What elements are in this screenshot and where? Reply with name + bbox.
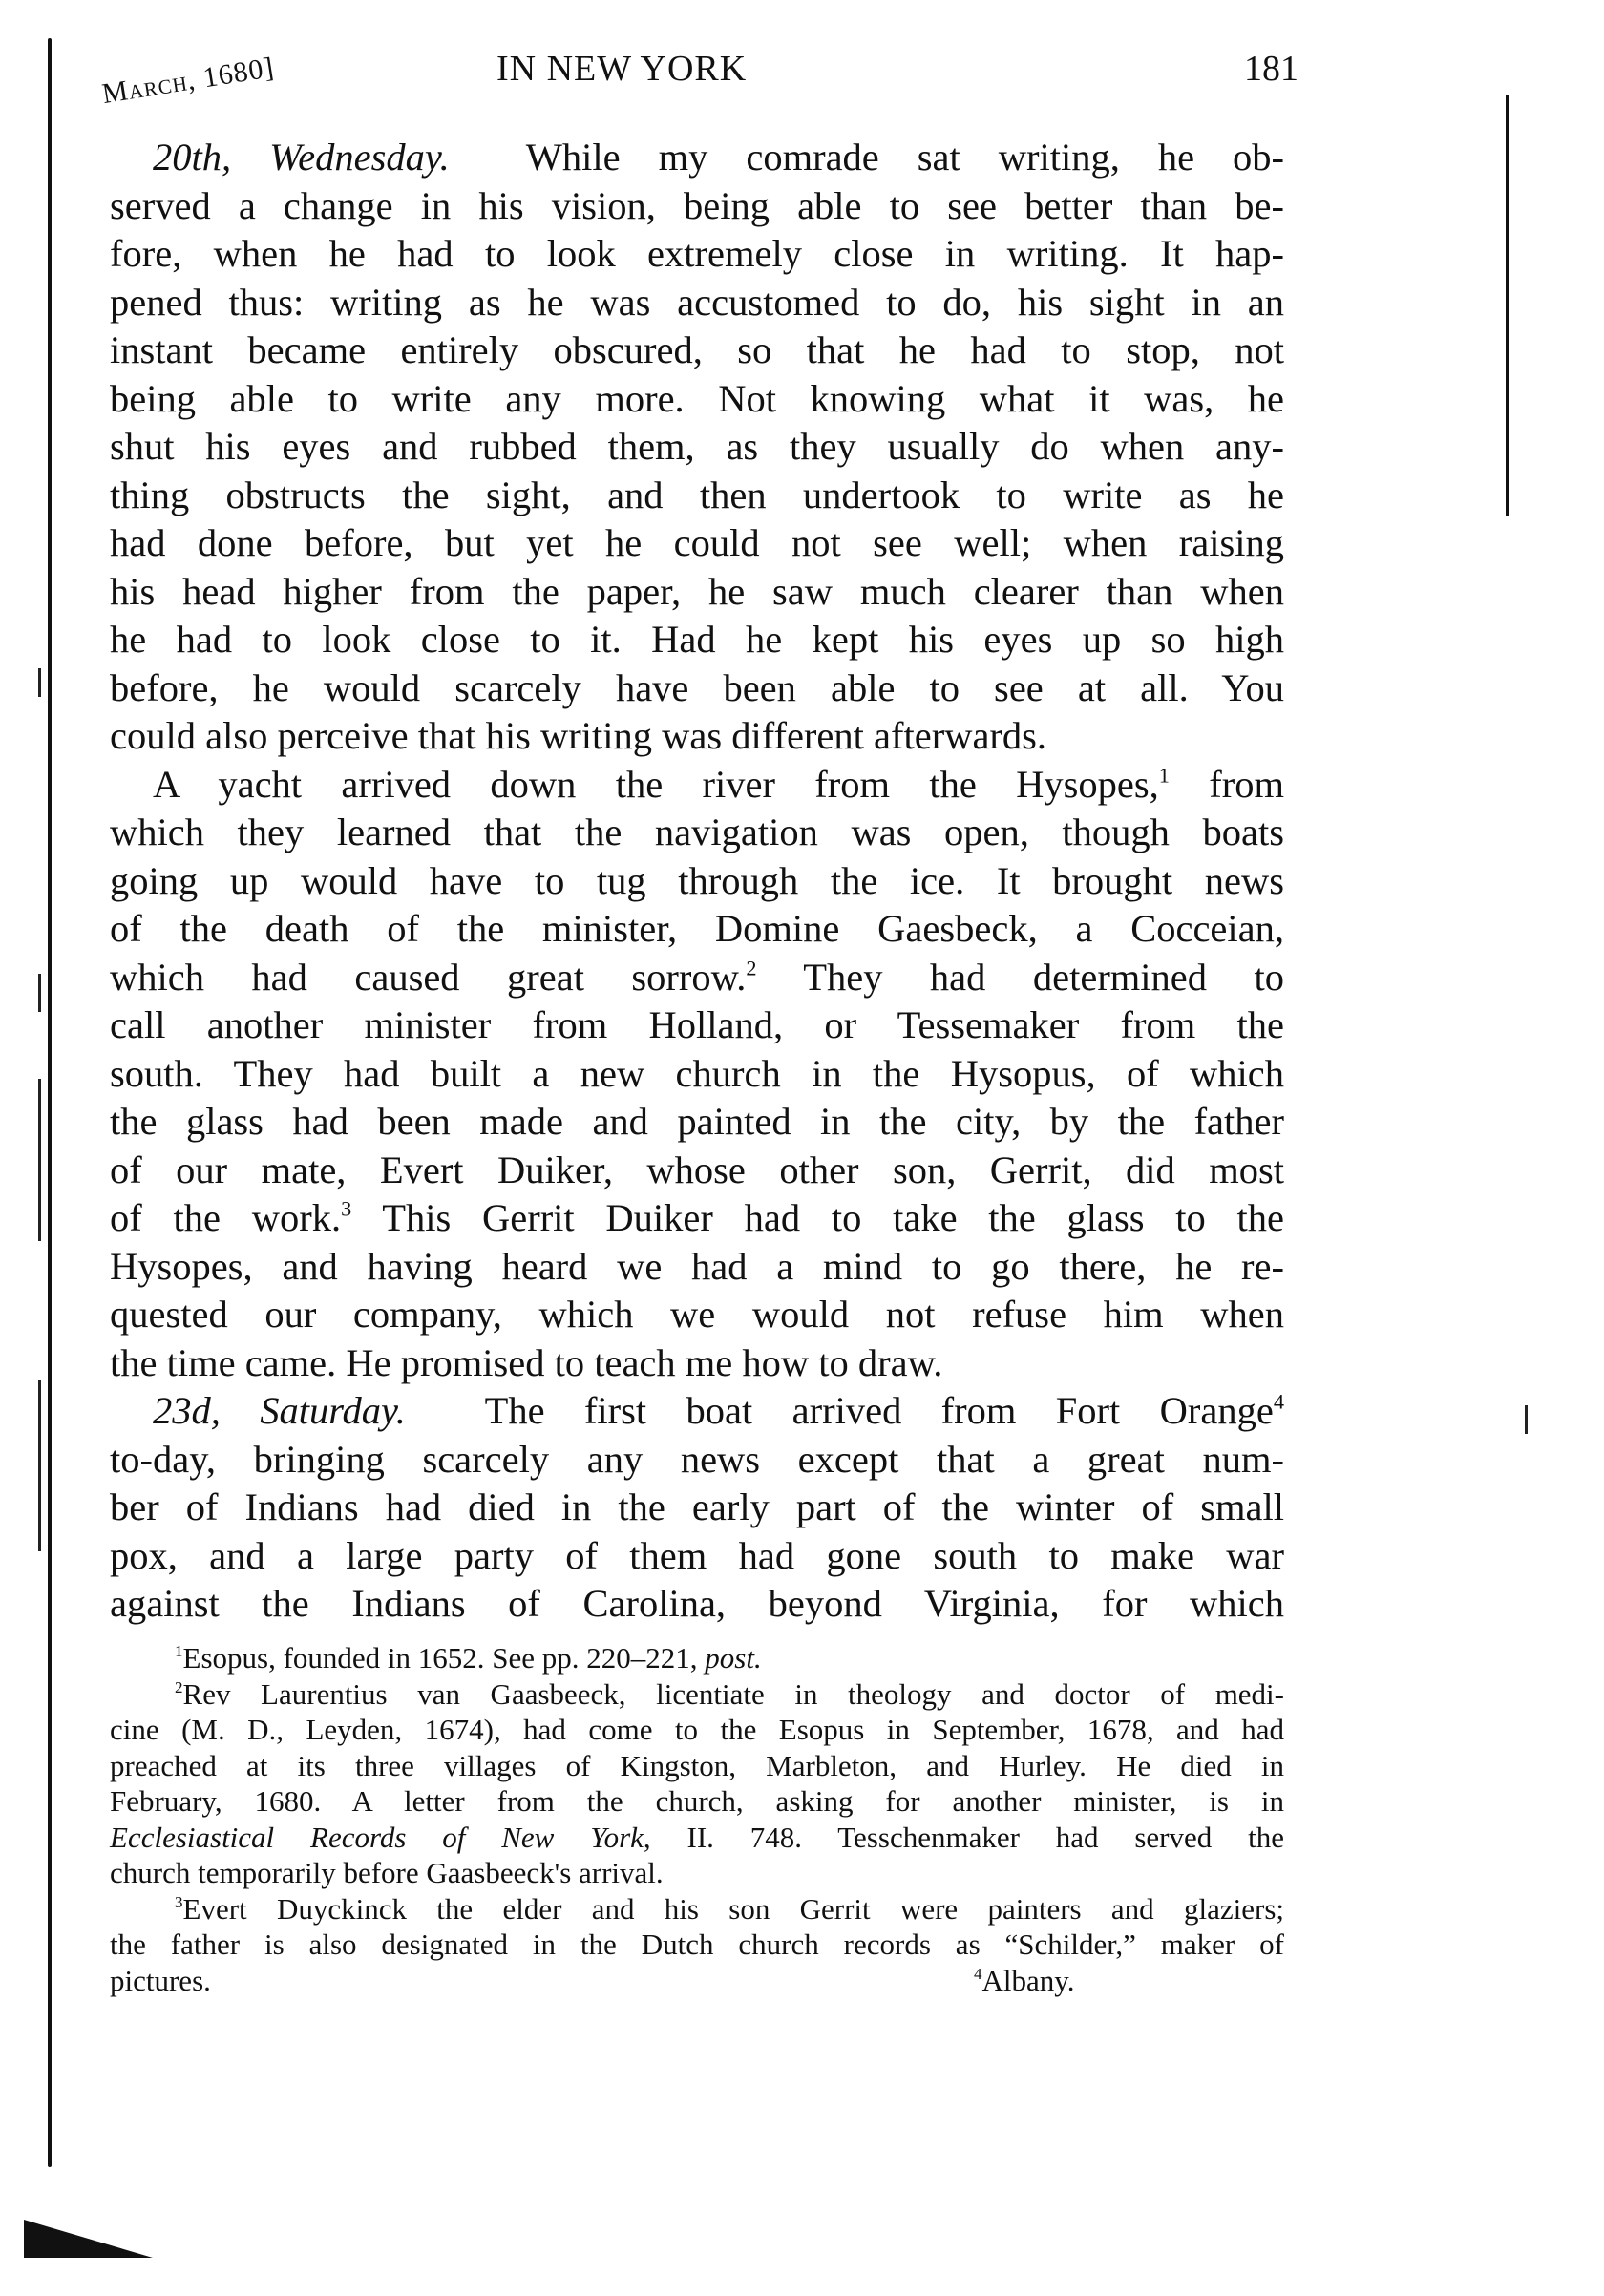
margin-mark [38,1079,41,1241]
footnote-ref-3[interactable]: 3 [341,1196,351,1220]
margin-mark [38,1380,41,1551]
footnote-ref-4[interactable]: 4 [1274,1389,1284,1413]
paragraph-20th-wednesday: 20th, Wednesday. While my comrade sat wr… [110,134,1284,761]
entry-date: 23d, Saturday. [153,1389,406,1432]
footnote-1: 1Esopus, founded in 1652. See pp. 220–22… [110,1640,1284,1676]
margin-mark [38,668,41,697]
binding-shadow [24,2220,153,2258]
entry-date: 20th, Wednesday. [153,136,450,179]
footnote-3: 3Evert Duyckinck the elder and his son G… [110,1891,1284,1999]
paragraph-yacht: A yacht arrived down the river from the … [110,761,1284,1388]
page-number: 181 [1244,48,1298,90]
footnotes: 1Esopus, founded in 1652. See pp. 220–22… [110,1640,1284,1998]
footnote-ref-1[interactable]: 1 [1159,763,1170,787]
running-head-title: IN NEW YORK [496,48,747,90]
stray-mark [1525,1405,1528,1434]
body-text: 20th, Wednesday. While my comrade sat wr… [110,134,1284,1629]
running-head-date: March, 1680] [100,52,277,111]
paragraph-23d-saturday: 23d, Saturday. The first boat arrived fr… [110,1387,1284,1629]
running-head: March, 1680] IN NEW YORK 181 [105,46,1298,122]
footnote-4: 4Albany. [974,1963,1075,1999]
margin-mark [38,974,41,1012]
footnote-ref-2[interactable]: 2 [746,956,756,979]
footnote-2: 2Rev Laurentius van Gaasbeeck, licentiat… [110,1676,1284,1891]
scan-edge-left [48,38,52,2167]
scan-edge-right [1506,95,1509,516]
